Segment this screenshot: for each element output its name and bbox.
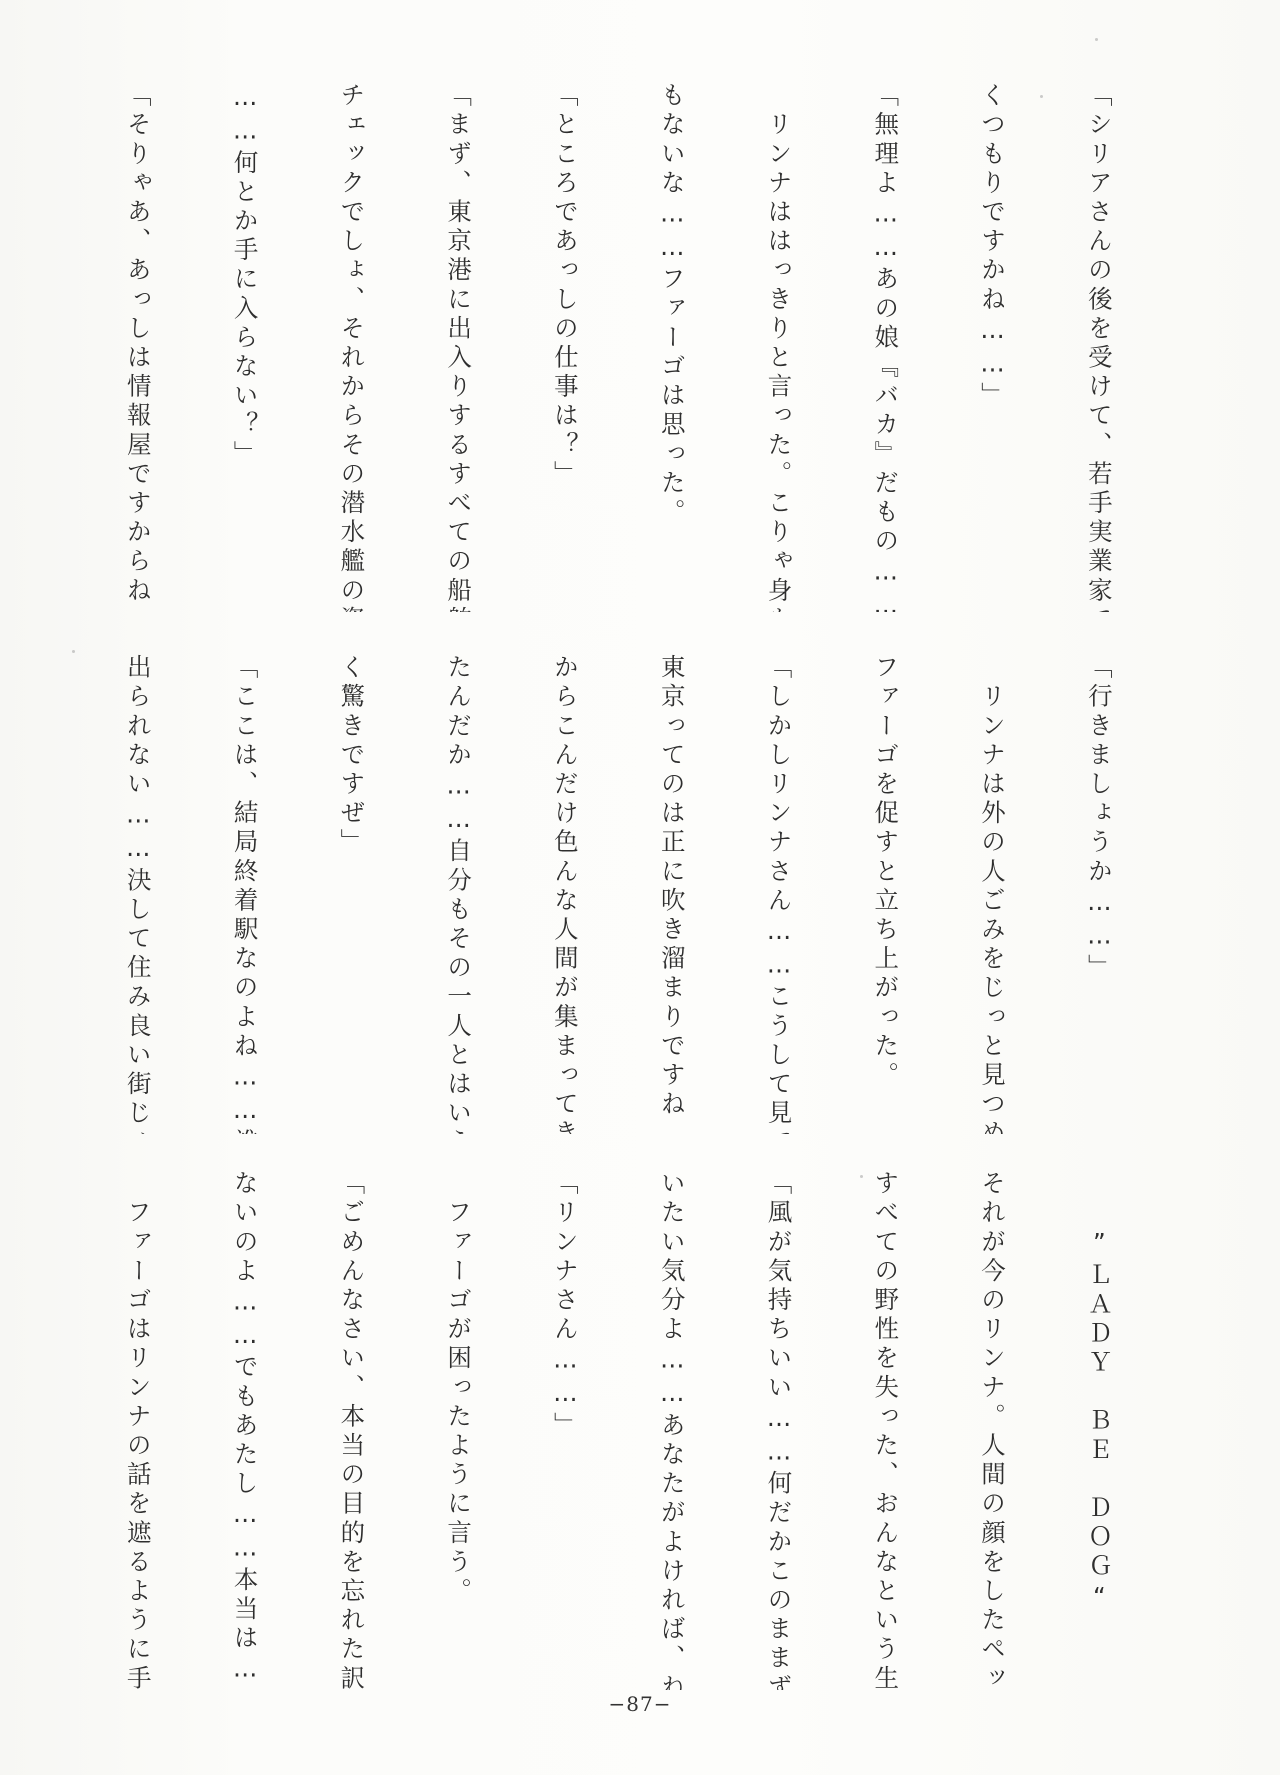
text-column: 「まず、東京港に出入りするすべての船舶の xyxy=(441,82,477,612)
text-column: もないな……ファーゴは思った。 xyxy=(654,82,690,612)
text-column: 「ごめんなさい、本当の目的を忘れた訳じゃ xyxy=(334,1170,370,1690)
text-column: 「しかしリンナさん……こうして見てると、 xyxy=(761,654,797,1134)
text-column: すべての野性を失った、おんなという生き物。 xyxy=(868,1170,904,1690)
text-column: く驚きですぜ」 xyxy=(334,654,370,1134)
text-column: 「リンナさん……」 xyxy=(547,1170,583,1690)
text-column: からこんだけ色んな人間が集まってきやがっ xyxy=(547,654,583,1134)
scan-speck xyxy=(1095,38,1098,41)
page-number: −87− xyxy=(0,1692,1280,1716)
text-column: 「ところであっしの仕事は？」 xyxy=(547,82,583,612)
text-column: ファーゴを促すと立ち上がった。 xyxy=(868,654,904,1134)
text-column: 「ここは、結局終着駅なのよね……誰も抜け xyxy=(227,654,263,1134)
text-column: 出られない……決して住み良い街じゃないの xyxy=(120,654,156,1134)
text-column: 「シリアさんの後を受けて、若手実業家で行 xyxy=(1081,82,1117,612)
text-column: 「そりゃあ、あっしは情報屋ですからね…… xyxy=(120,82,156,612)
text-column: くつもりですかね……」 xyxy=(974,82,1010,612)
text-column: いたい気分よ……あなたがよければ、ね」 xyxy=(654,1170,690,1690)
section-title: ”ＬＡＤＹ ＢＥ ＤＯＧ“ xyxy=(1081,1170,1117,1690)
text-block-upper: 「シリアさんの後を受けて、若手実業家で行 くつもりですかね……」 「無理よ……あ… xyxy=(88,82,1188,612)
scan-speck xyxy=(1040,95,1043,98)
text-column: チェックでしょ、それからその潜水艦の資料 xyxy=(334,82,370,612)
text-column: たんだか……自分もその一人とはいえ……全 xyxy=(441,654,477,1134)
text-column: 東京ってのは正に吹き溜まりですね……どっ xyxy=(654,654,690,1134)
text-column: それが今のリンナ。人間の顔をしたペット。 xyxy=(974,1170,1010,1690)
text-column: 「行きましょうか……」 xyxy=(1081,654,1117,1134)
text-column: 「風が気持ちいい……何だかこのままずっと xyxy=(761,1170,797,1690)
text-block-lower: ”ＬＡＤＹ ＢＥ ＤＯＧ“ それが今のリンナ。人間の顔をしたペット。 すべての野… xyxy=(88,1170,1188,1690)
text-column: ……何とか手に入らない？」 xyxy=(227,82,263,612)
scan-speck xyxy=(860,1175,863,1178)
text-column: ないのよ……でもあたし……本当は……」 xyxy=(227,1170,263,1690)
text-column: リンナははっきりと言った。こりゃ身も蓋 xyxy=(761,82,797,612)
scan-speck xyxy=(72,650,75,653)
scanned-page: 「シリアさんの後を受けて、若手実業家で行 くつもりですかね……」 「無理よ……あ… xyxy=(0,0,1280,1775)
text-column: 「無理よ……あの娘『バカ』だもの……」 xyxy=(868,82,904,612)
text-block-middle: 「行きましょうか……」 リンナは外の人ごみをじっと見つめている ファーゴを促すと… xyxy=(88,654,1188,1134)
text-column: ファーゴはリンナの話を遮るように手綱を xyxy=(120,1170,156,1690)
text-column: リンナは外の人ごみをじっと見つめている xyxy=(974,654,1010,1134)
text-column: ファーゴが困ったように言う。 xyxy=(441,1170,477,1690)
